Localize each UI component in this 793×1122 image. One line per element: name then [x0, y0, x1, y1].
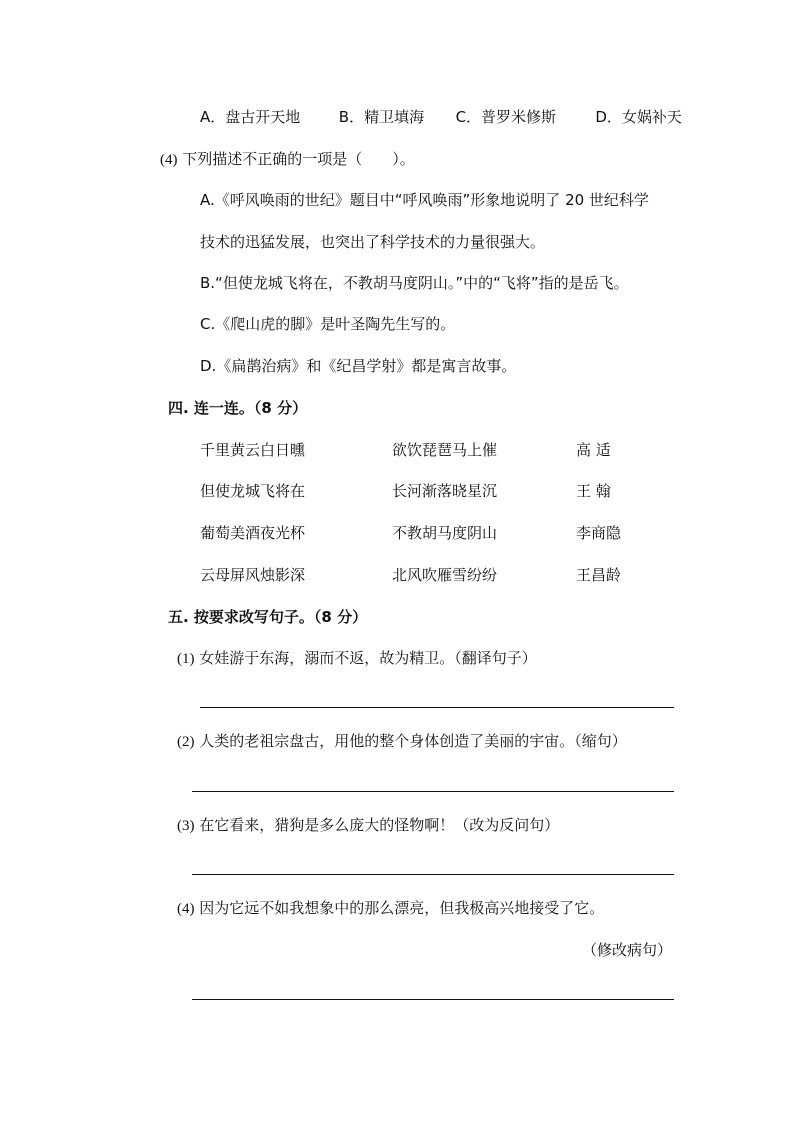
match-right-3[interactable]: 李商隐 — [576, 523, 621, 543]
q4-option-a-line2: 技术的迅猛发展，也突出了科学技术的力量很强大。 — [200, 232, 545, 252]
item-number: (1) — [177, 651, 195, 667]
rewrite-item-4: (4) 因为它远不如我想象中的那么漂亮，但我极高兴地接受了它。 — [177, 898, 604, 919]
match-right-4[interactable]: 王昌龄 — [576, 565, 621, 585]
q4-option-c: C.《爬山虎的脚》是叶圣陶先生写的。 — [200, 314, 455, 334]
q4-question: (4) 下列描述不正确的一项是（ ）。 — [160, 149, 415, 170]
q3-option-c: C．普罗米修斯 — [456, 107, 591, 127]
q3-option-b: B．精卫填海 — [339, 107, 451, 127]
item-text: 女娃游于东海，溺而不返，故为精卫。（翻译句子） — [199, 649, 537, 667]
match-mid-1[interactable]: 欲饮琵琶马上催 — [392, 440, 497, 460]
q4-option-d: D.《扁鹊治病》和《纪昌学射》都是寓言故事。 — [200, 356, 516, 376]
answer-line-2[interactable] — [192, 791, 674, 792]
match-left-2[interactable]: 但使龙城飞将在 — [200, 481, 305, 501]
rewrite-item-1: (1) 女娃游于东海，溺而不返，故为精卫。（翻译句子） — [177, 648, 537, 669]
section4-title: 四. 连一连。（8 分） — [168, 398, 307, 418]
match-mid-3[interactable]: 不教胡马度阴山 — [392, 523, 497, 543]
match-mid-2[interactable]: 长河渐落晓星沉 — [392, 481, 497, 501]
q4-option-b: B.“但使龙城飞将在，不教胡马度阴山。”中的“飞将”指的是岳飞。 — [200, 273, 629, 293]
q3-option-d: D．女娲补天 — [595, 107, 682, 127]
match-left-1[interactable]: 千里黄云白日曛 — [200, 440, 305, 460]
item-text: 人类的老祖宗盘古，用他的整个身体创造了美丽的宇宙。（缩句） — [199, 732, 627, 750]
match-left-4[interactable]: 云母屏风烛影深 — [200, 565, 305, 585]
match-mid-4[interactable]: 北风吹雁雪纷纷 — [392, 565, 497, 585]
q3-option-a: A．盘古开天地 — [200, 107, 334, 127]
rewrite-item-4-note: （修改病句） — [582, 940, 672, 960]
rewrite-item-3: (3) 在它看来，猎狗是多么庞大的怪物啊！（改为反问句） — [177, 815, 559, 836]
match-right-2[interactable]: 王 翰 — [576, 481, 611, 501]
match-left-3[interactable]: 葡萄美酒夜光杯 — [200, 523, 305, 543]
q4-option-a-line1: A.《呼风唤雨的世纪》题目中“呼风唤雨”形象地说明了 20 世纪科学 — [200, 190, 649, 210]
item-number: (3) — [177, 818, 195, 834]
answer-line-3[interactable] — [192, 874, 674, 875]
answer-line-4[interactable] — [192, 999, 674, 1000]
q3-options-row: A．盘古开天地 B．精卫填海 C．普罗米修斯 D．女娲补天 — [200, 107, 682, 127]
match-right-1[interactable]: 高 适 — [576, 440, 611, 460]
answer-line-1[interactable] — [200, 707, 674, 708]
item-number: (2) — [177, 734, 195, 750]
q4-stem: 下列描述不正确的一项是（ ）。 — [182, 150, 415, 168]
item-text: 因为它远不如我想象中的那么漂亮，但我极高兴地接受了它。 — [199, 899, 604, 917]
rewrite-item-2: (2) 人类的老祖宗盘古，用他的整个身体创造了美丽的宇宙。（缩句） — [177, 731, 627, 752]
q4-number: (4) — [160, 152, 178, 168]
item-text: 在它看来，猎狗是多么庞大的怪物啊！（改为反问句） — [199, 816, 559, 834]
section5-title: 五. 按要求改写句子。（8 分） — [168, 607, 367, 627]
item-number: (4) — [177, 901, 195, 917]
